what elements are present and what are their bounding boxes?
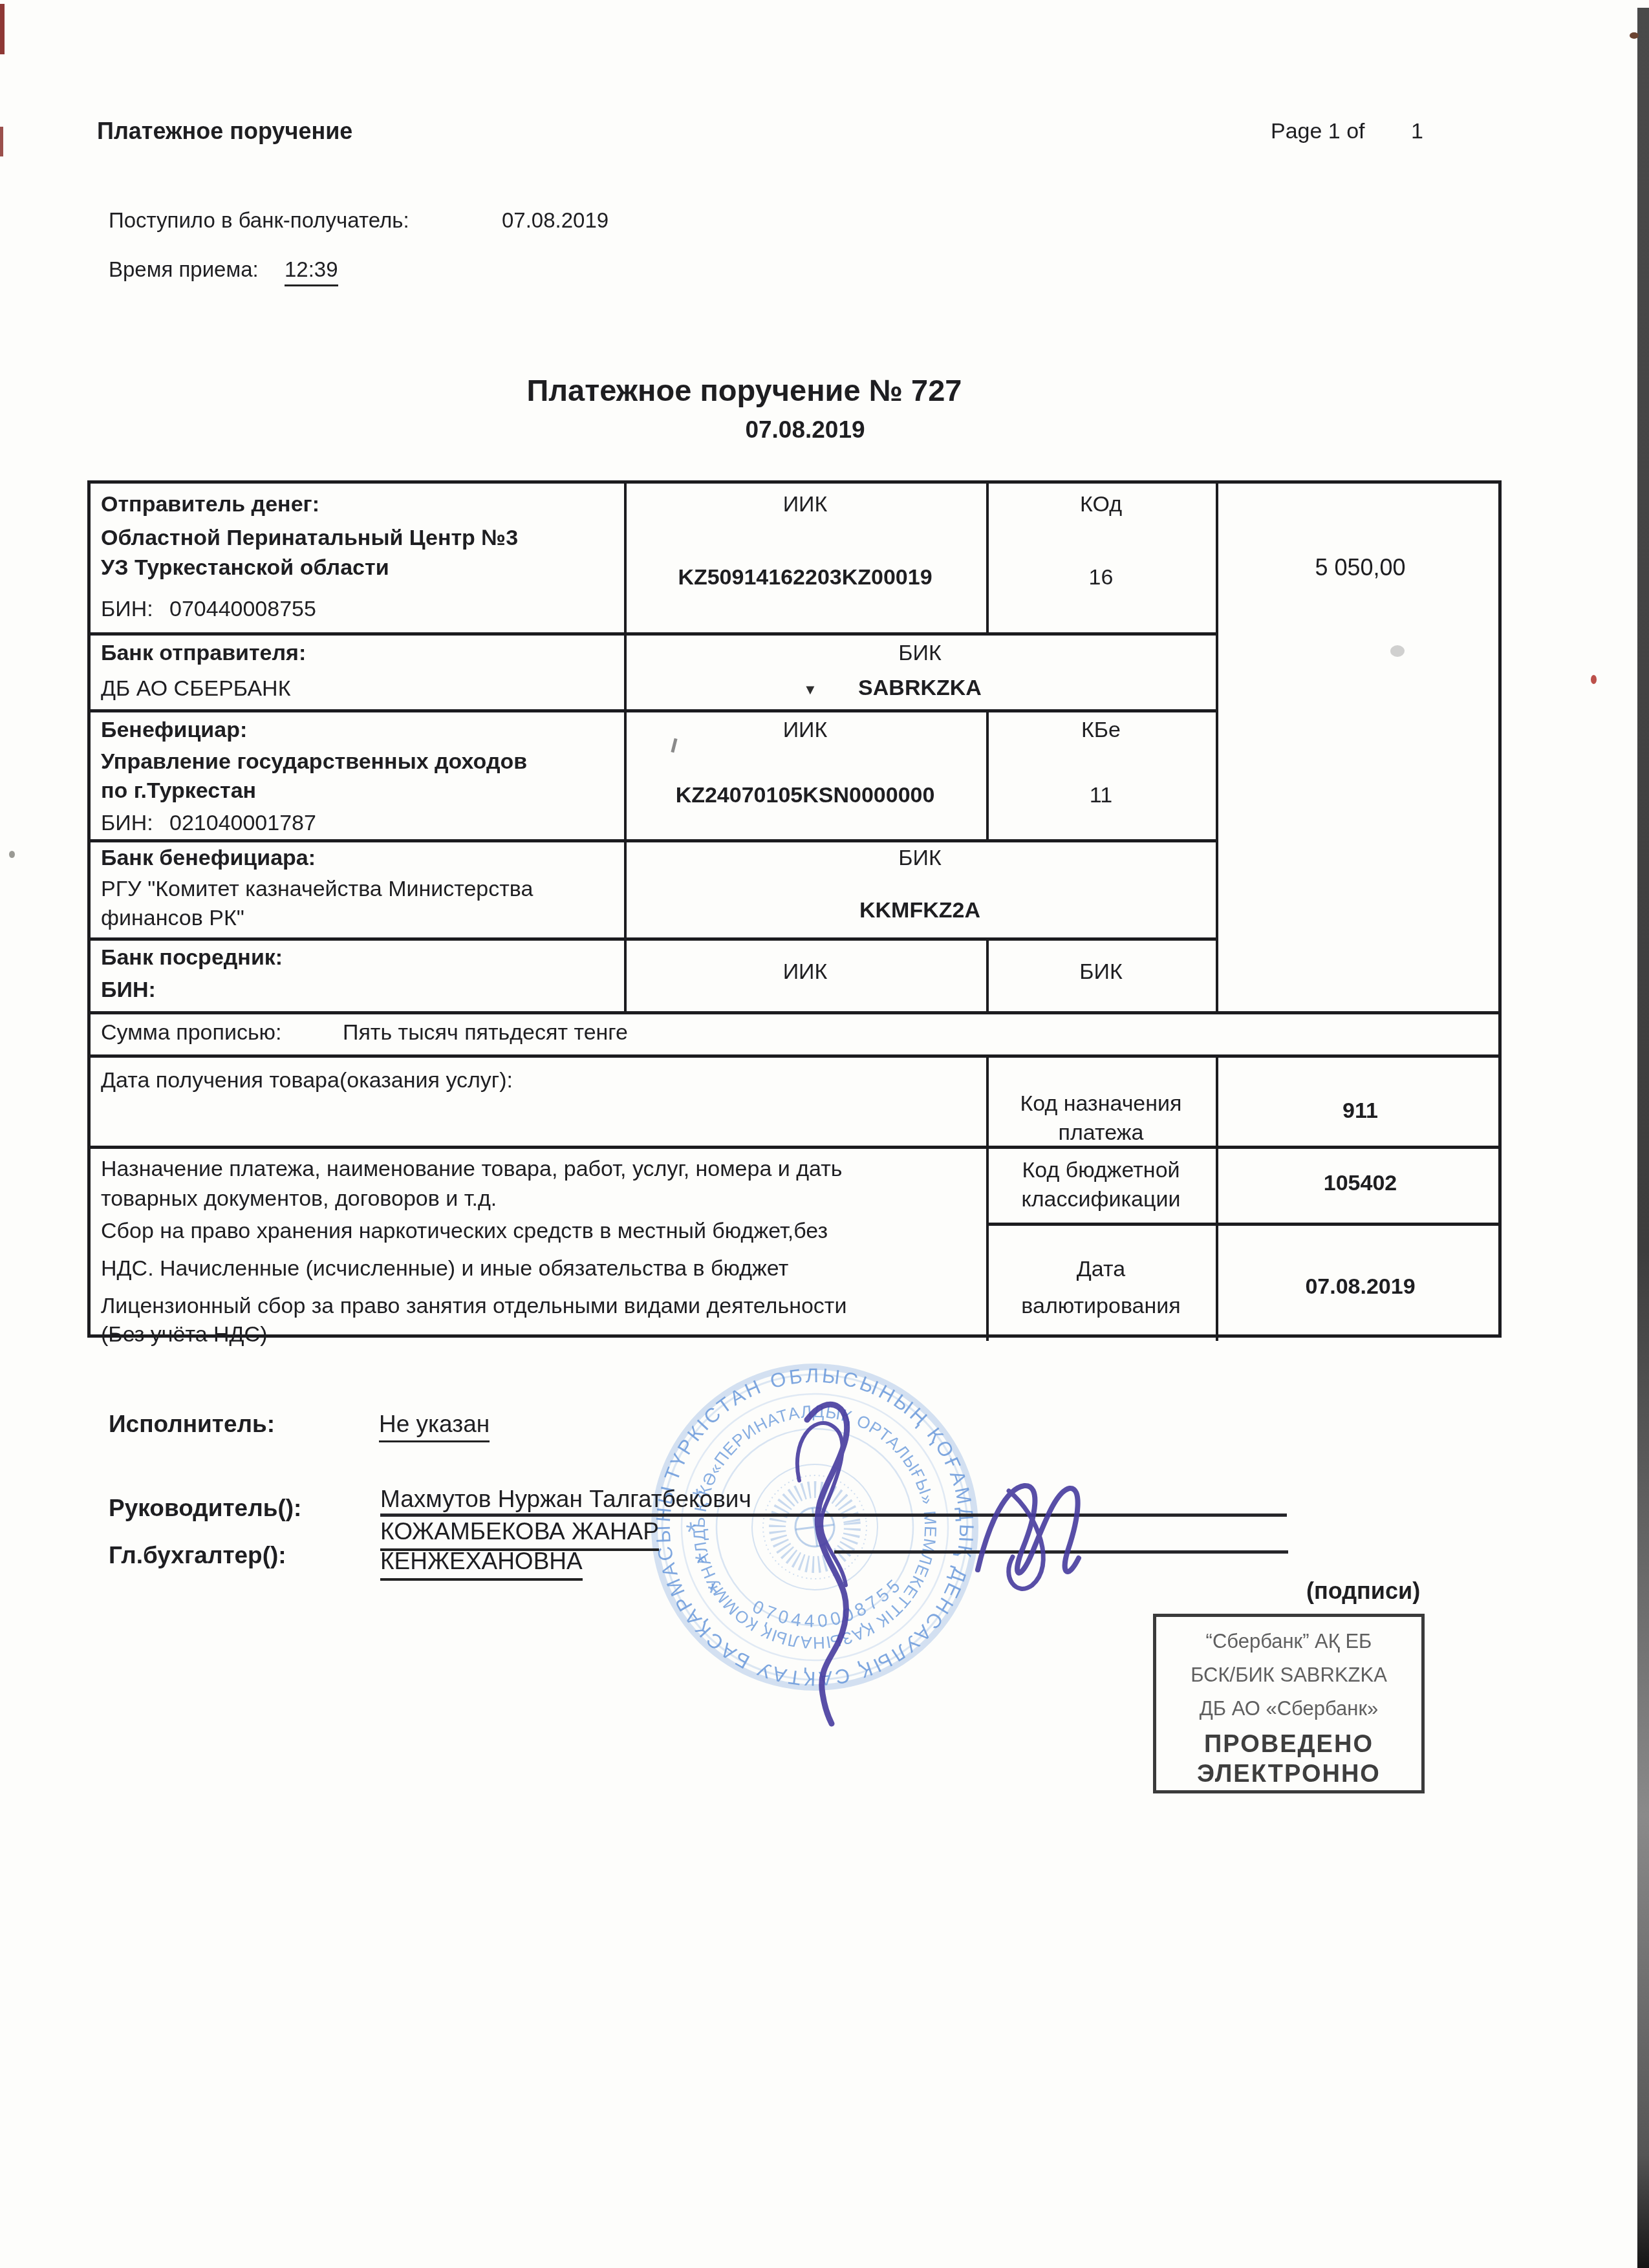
bank-stamp-line2: БСК/БИК SABRKZKA [1156, 1664, 1421, 1687]
bank-stamp-line1: “Сбербанк” АҚ ЕБ [1156, 1630, 1421, 1653]
bank-electronic-stamp: “Сбербанк” АҚ ЕБ БСК/БИК SABRKZKA ДБ АО … [1153, 1614, 1425, 1793]
scanned-payment-order-page: ▼ Платежное поручение Page 1 of 1 Поступ… [0, 0, 1649, 2268]
bank-stamp-line3: ДБ АО «Сбербанк» [1156, 1697, 1421, 1720]
signature-stroke-flourish [978, 1486, 1079, 1573]
bank-stamp-status-line1: ПРОВЕДЕНО [1156, 1731, 1421, 1759]
bank-stamp-status-line2: ЭЛЕКТРОННО [1156, 1760, 1421, 1788]
handwritten-signature-ink [0, 0, 1649, 2268]
